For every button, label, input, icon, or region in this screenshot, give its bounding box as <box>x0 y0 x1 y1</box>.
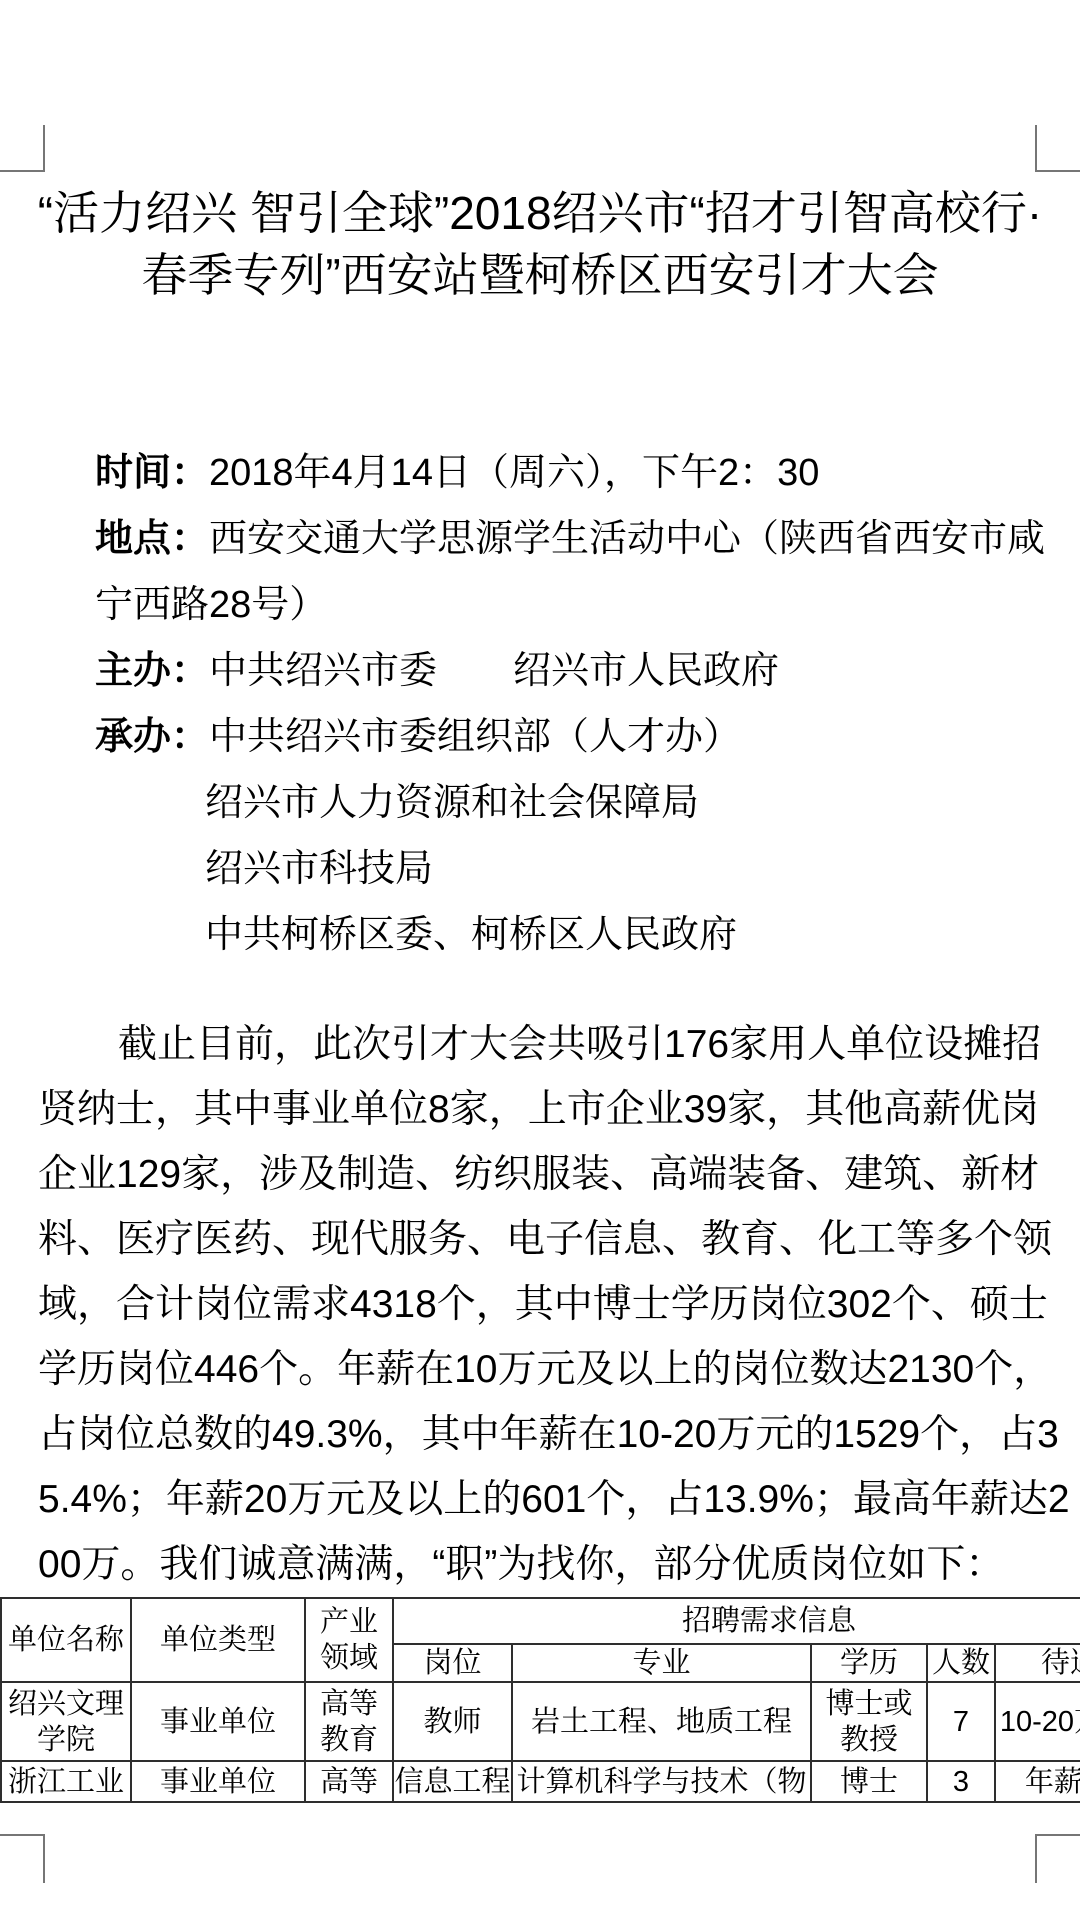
location-label: 地点： <box>95 518 209 560</box>
text-boundary-corner-top-right <box>1035 125 1080 172</box>
jobs-table: 单位名称 单位类型 产业领域 招聘需求信息 岗位 专业 学历 人数 待遇 绍兴文… <box>0 1597 1080 1803</box>
jobs-table-container: 单位名称 单位类型 产业领域 招聘需求信息 岗位 专业 学历 人数 待遇 绍兴文… <box>0 1597 1080 1812</box>
cell-major: 计算机科学与技术（物 <box>512 1761 811 1802</box>
time-label: 时间： <box>95 452 209 494</box>
organizer-value: 中共绍兴市委组织部（人才办） <box>209 716 741 758</box>
host-value: 中共绍兴市委 绍兴市人民政府 <box>209 650 779 692</box>
paragraph-line: 贤纳士，其中事业单位8家，上市企业39家，其他高薪优岗 <box>38 1077 1043 1142</box>
cell-post: 信息工程 <box>393 1761 512 1802</box>
cell-unit-type: 事业单位 <box>131 1682 305 1761</box>
cell-count: 7 <box>927 1682 995 1761</box>
detail-line-location: 地点：西安交通大学思源学生活动中心（陕西省西安市咸 <box>95 506 1055 572</box>
cell-major: 岩土工程、地质工程 <box>512 1682 811 1761</box>
detail-line-organizer-2: 绍兴市人力资源和社会保障局 <box>95 770 1055 836</box>
detail-line-time: 时间：2018年4月14日（周六），下午2：30 <box>95 440 1055 506</box>
col-header-major: 专业 <box>512 1644 811 1682</box>
text-boundary-corner-bottom-right <box>1035 1834 1080 1883</box>
intro-paragraph: 截止目前，此次引才大会共吸引176家用人单位设摊招 贤纳士，其中事业单位8家，上… <box>38 1012 1043 1597</box>
organizer-value-2: 绍兴市人力资源和社会保障局 <box>205 782 699 824</box>
paragraph-line: 域，合计岗位需求4318个，其中博士学历岗位302个、硕士 <box>38 1272 1043 1337</box>
detail-line-location-cont: 宁西路28号） <box>95 572 1055 638</box>
col-header-industry: 产业领域 <box>305 1598 393 1682</box>
cell-unit-type: 事业单位 <box>131 1761 305 1802</box>
location-value: 西安交通大学思源学生活动中心（陕西省西安市咸 <box>209 518 1045 560</box>
col-header-degree: 学历 <box>811 1644 927 1682</box>
paragraph-line: 企业129家，涉及制造、纺织服装、高端装备、建筑、新材 <box>38 1142 1043 1207</box>
location-value-cont: 宁西路28号） <box>95 584 327 626</box>
col-header-unit-name: 单位名称 <box>1 1598 131 1682</box>
paragraph-line: 学历岗位446个。年薪在10万元及以上的岗位数达2130个， <box>38 1337 1043 1402</box>
document-title-line-2: 春季专列”西安站暨柯桥区西安引才大会 <box>0 244 1080 306</box>
event-details: 时间：2018年4月14日（周六），下午2：30 地点：西安交通大学思源学生活动… <box>95 440 1055 968</box>
organizer-value-4: 中共柯桥区委、柯桥区人民政府 <box>205 914 737 956</box>
time-value: 2018年4月14日（周六），下午2：30 <box>209 452 819 494</box>
document-title-line-1: “活力绍兴 智引全球”2018绍兴市“招才引智高校行· <box>0 182 1080 244</box>
table-row: 浙江工业 事业单位 高等 信息工程 计算机科学与技术（物 博士 3 年薪15 <box>1 1761 1080 1802</box>
col-header-post: 岗位 <box>393 1644 512 1682</box>
detail-line-host: 主办：中共绍兴市委 绍兴市人民政府 <box>95 638 1055 704</box>
cell-salary: 10-20万/年 <box>995 1682 1080 1761</box>
cell-salary: 年薪15 <box>995 1761 1080 1802</box>
col-header-demand-info: 招聘需求信息 <box>393 1598 1080 1644</box>
text-boundary-corner-top-left <box>0 125 45 172</box>
paragraph-line: 5.4%；年薪20万元及以上的601个，占13.9%；最高年薪达2 <box>38 1467 1043 1532</box>
col-header-unit-type: 单位类型 <box>131 1598 305 1682</box>
cell-degree: 博士或教授 <box>811 1682 927 1761</box>
col-header-salary: 待遇 <box>995 1644 1080 1682</box>
paragraph-line: 料、医疗医药、现代服务、电子信息、教育、化工等多个领 <box>38 1207 1043 1272</box>
paragraph-line: 截止目前，此次引才大会共吸引176家用人单位设摊招 <box>38 1012 1043 1077</box>
paragraph-line: 00万。我们诚意满满，“职”为找你，部分优质岗位如下： <box>38 1532 1043 1597</box>
cell-industry: 高等 <box>305 1761 393 1802</box>
document-title: “活力绍兴 智引全球”2018绍兴市“招才引智高校行· 春季专列”西安站暨柯桥区… <box>0 182 1080 306</box>
paragraph-line: 占岗位总数的49.3%，其中年薪在10-20万元的1529个，占3 <box>38 1402 1043 1467</box>
detail-line-organizer: 承办：中共绍兴市委组织部（人才办） <box>95 704 1055 770</box>
organizer-value-3: 绍兴市科技局 <box>205 848 433 890</box>
cell-unit-name: 绍兴文理学院 <box>1 1682 131 1761</box>
cell-degree: 博士 <box>811 1761 927 1802</box>
detail-line-organizer-3: 绍兴市科技局 <box>95 836 1055 902</box>
organizer-label: 承办： <box>95 716 209 758</box>
cell-unit-name: 浙江工业 <box>1 1761 131 1802</box>
table-row: 绍兴文理学院 事业单位 高等教育 教师 岩土工程、地质工程 博士或教授 7 10… <box>1 1682 1080 1761</box>
col-header-count: 人数 <box>927 1644 995 1682</box>
cell-industry: 高等教育 <box>305 1682 393 1761</box>
host-label: 主办： <box>95 650 209 692</box>
cell-post: 教师 <box>393 1682 512 1761</box>
detail-line-organizer-4: 中共柯桥区委、柯桥区人民政府 <box>95 902 1055 968</box>
cell-count: 3 <box>927 1761 995 1802</box>
text-boundary-corner-bottom-left <box>0 1834 45 1883</box>
